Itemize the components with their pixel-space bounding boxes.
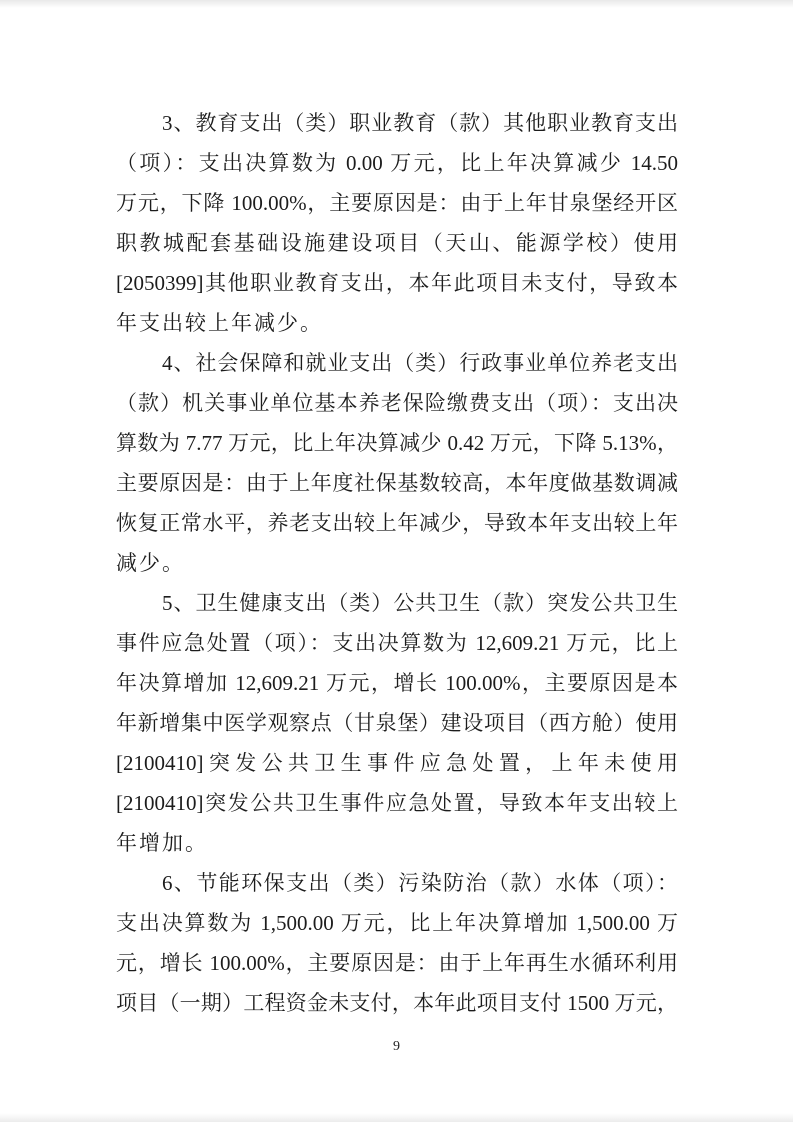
text-line: [2050399]其他职业教育支出，本年此项目未支付，导致本 [116, 263, 678, 303]
text-line: [2100410]突发公共卫生事件应急处置，上年未使用 [116, 743, 678, 783]
para-6-environmental-expenditure: 6、节能环保支出（类）污染防治（款）水体（项）：支出决算数为 1,500.00 … [116, 863, 678, 1023]
text-line: （款）机关事业单位基本养老保险缴费支出（项）：支出决 [116, 383, 678, 423]
text-line: 主要原因是：由于上年度社保基数较高，本年度做基数调减 [116, 463, 678, 503]
text-line: 3、教育支出（类）职业教育（款）其他职业教育支出 [116, 103, 678, 143]
text-line: 算数为 7.77 万元，比上年决算减少 0.42 万元，下降 5.13%， [116, 423, 678, 463]
text-line: 万元，下降 100.00%，主要原因是：由于上年甘泉堡经开区 [116, 183, 678, 223]
text-line: 减少。 [116, 543, 678, 583]
text-line: 项目（一期）工程资金未支付，本年此项目支付 1500 万元， [116, 983, 678, 1023]
text-line: 5、卫生健康支出（类）公共卫生（款）突发公共卫生 [116, 583, 678, 623]
text-line: 4、社会保障和就业支出（类）行政事业单位养老支出 [116, 343, 678, 383]
page-top-edge [0, 0, 793, 8]
text-line: 年支出较上年减少。 [116, 303, 678, 343]
text-line: 恢复正常水平，养老支出较上年减少，导致本年支出较上年 [116, 503, 678, 543]
text-line: 年决算增加 12,609.21 万元，增长 100.00%，主要原因是本 [116, 663, 678, 703]
text-line: 事件应急处置（项）：支出决算数为 12,609.21 万元，比上 [116, 623, 678, 663]
text-line: 职教城配套基础设施建设项目（天山、能源学校）使用 [116, 223, 678, 263]
para-4-social-security-expenditure: 4、社会保障和就业支出（类）行政事业单位养老支出（款）机关事业单位基本养老保险缴… [116, 343, 678, 583]
text-line: 元，增长 100.00%，主要原因是：由于上年再生水循环利用 [116, 943, 678, 983]
para-5-health-expenditure: 5、卫生健康支出（类）公共卫生（款）突发公共卫生事件应急处置（项）：支出决算数为… [116, 583, 678, 863]
text-line: 年新增集中医学观察点（甘泉堡）建设项目（西方舱）使用 [116, 703, 678, 743]
page-bottom-edge [0, 1113, 793, 1122]
text-line: 6、节能环保支出（类）污染防治（款）水体（项）： [116, 863, 678, 903]
document-body: 3、教育支出（类）职业教育（款）其他职业教育支出（项）：支出决算数为 0.00 … [116, 103, 678, 1023]
text-line: 年增加。 [116, 823, 678, 863]
text-line: [2100410]突发公共卫生事件应急处置，导致本年支出较上 [116, 783, 678, 823]
page-number: 9 [0, 1036, 793, 1058]
para-3-education-expenditure: 3、教育支出（类）职业教育（款）其他职业教育支出（项）：支出决算数为 0.00 … [116, 103, 678, 343]
text-line: 支出决算数为 1,500.00 万元，比上年决算增加 1,500.00 万 [116, 903, 678, 943]
text-line: （项）：支出决算数为 0.00 万元，比上年决算减少 14.50 [116, 143, 678, 183]
